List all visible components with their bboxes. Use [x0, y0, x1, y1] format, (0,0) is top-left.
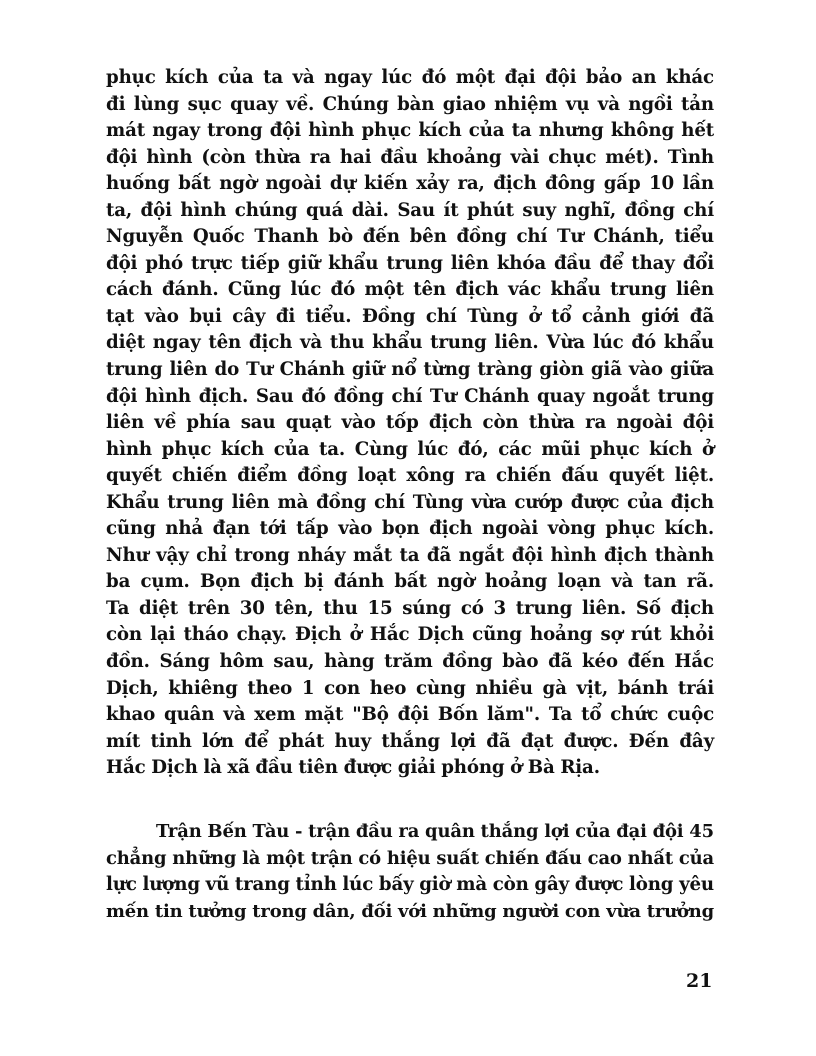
text-line: chẳng những là một trận có hiệu suất chi… [106, 846, 714, 873]
text-line: đội hình địch. Sau đó đồng chí Tư Chánh … [106, 384, 714, 411]
text-line: còn lại tháo chạy. Địch ở Hắc Dịch cũng … [106, 622, 714, 649]
text-line: quyết chiến điểm đồng loạt xông ra chiến… [106, 463, 714, 490]
text-line: mến tin tưởng trong dân, đối với những n… [106, 899, 714, 926]
text-line: đội hình (còn thừa ra hai đầu khoảng vài… [106, 145, 714, 172]
text-line: Khẩu trung liên mà đồng chí Tùng vừa cướ… [106, 490, 714, 517]
text-line: ta, đội hình chúng quá dài. Sau ít phút … [106, 198, 714, 225]
text-line: trung liên do Tư Chánh giữ nổ từng tràng… [106, 357, 714, 384]
text-line: tạt vào bụi cây đi tiểu. Đồng chí Tùng ở… [106, 304, 714, 331]
text-line: Trận Bến Tàu - trận đầu ra quân thắng lợ… [106, 819, 714, 846]
text-line: khao quân và xem mặt "Bộ đội Bốn lăm". T… [106, 702, 714, 729]
text-line: liên về phía sau quạt vào tốp địch còn t… [106, 410, 714, 437]
text-line: ba cụm. Bọn địch bị đánh bất ngờ hoảng l… [106, 569, 714, 596]
paragraph-1: phục kích của ta và ngay lúc đó một đại … [106, 65, 714, 782]
text-line: Nguyễn Quốc Thanh bò đến bên đồng chí Tư… [106, 224, 714, 251]
text-line: diệt ngay tên địch và thu khẩu trung liê… [106, 330, 714, 357]
text-line: cũng nhả đạn tới tấp vào bọn địch ngoài … [106, 516, 714, 543]
text-line: lực lượng vũ trang tỉnh lúc bấy giờ mà c… [106, 872, 714, 899]
text-line: Hắc Dịch là xã đầu tiên được giải phóng … [106, 755, 714, 782]
text-line: Như vậy chỉ trong nháy mắt ta đã ngắt độ… [106, 543, 714, 570]
text-line: đi lùng sục quay về. Chúng bàn giao nhiệ… [106, 92, 714, 119]
text-line: đồn. Sáng hôm sau, hàng trăm đồng bào đã… [106, 649, 714, 676]
text-line: Dịch, khiêng theo 1 con heo cùng nhiều g… [106, 676, 714, 703]
text-line: mít tinh lớn để phát huy thắng lợi đã đạ… [106, 729, 714, 756]
book-page: phục kích của ta và ngay lúc đó một đại … [0, 0, 816, 1056]
page-number: 21 [686, 970, 712, 992]
text-line: hình phục kích của ta. Cùng lúc đó, các … [106, 437, 714, 464]
paragraph-2: Trận Bến Tàu - trận đầu ra quân thắng lợ… [106, 819, 714, 925]
text-line: Ta diệt trên 30 tên, thu 15 súng có 3 tr… [106, 596, 714, 623]
text-line: phục kích của ta và ngay lúc đó một đại … [106, 65, 714, 92]
text-line: đội phó trực tiếp giữ khẩu trung liên kh… [106, 251, 714, 278]
text-line: cách đánh. Cũng lúc đó một tên địch vác … [106, 277, 714, 304]
text-line: mát ngay trong đội hình phục kích của ta… [106, 118, 714, 145]
text-line: huống bất ngờ ngoài dự kiến xảy ra, địch… [106, 171, 714, 198]
